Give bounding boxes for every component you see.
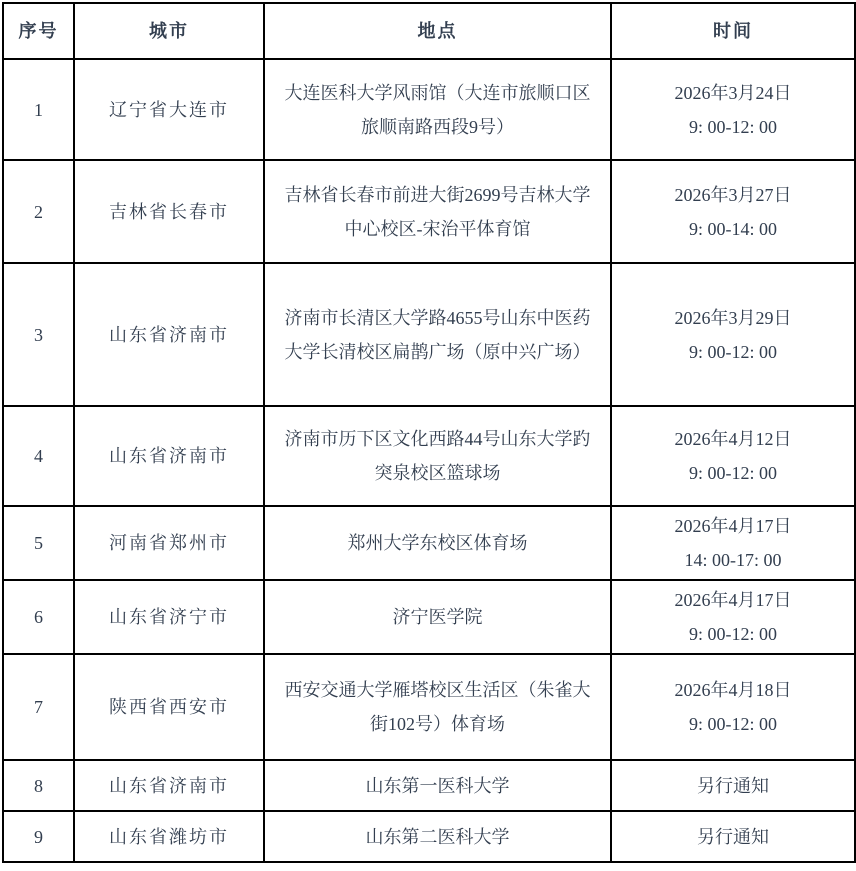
cell-index: 8 <box>3 760 74 811</box>
cell-location: 济南市长清区大学路4655号山东中医药 大学长清校区扁鹊广场（原中兴广场） <box>264 263 611 406</box>
cell-city: 河南省郑州市 <box>74 506 264 580</box>
table-header-row: 序号 城市 地点 时间 <box>3 3 855 59</box>
column-header-time: 时间 <box>611 3 855 59</box>
cell-location: 吉林省长春市前进大街2699号吉林大学 中心校区-宋治平体育馆 <box>264 160 611 263</box>
cell-time: 另行通知 <box>611 760 855 811</box>
cell-location: 济宁医学院 <box>264 580 611 654</box>
column-header-index: 序号 <box>3 3 74 59</box>
cell-time: 2026年4月18日 9: 00-12: 00 <box>611 654 855 760</box>
cell-location: 郑州大学东校区体育场 <box>264 506 611 580</box>
table-row: 8 山东省济南市 山东第一医科大学 另行通知 <box>3 760 855 811</box>
cell-city: 山东省潍坊市 <box>74 811 264 862</box>
cell-location: 西安交通大学雁塔校区生活区（朱雀大 街102号）体育场 <box>264 654 611 760</box>
table-row: 9 山东省潍坊市 山东第二医科大学 另行通知 <box>3 811 855 862</box>
cell-location: 大连医科大学风雨馆（大连市旅顺口区 旅顺南路西段9号） <box>264 59 611 160</box>
cell-city: 吉林省长春市 <box>74 160 264 263</box>
cell-time: 2026年3月29日 9: 00-12: 00 <box>611 263 855 406</box>
cell-time: 2026年3月27日 9: 00-14: 00 <box>611 160 855 263</box>
cell-index: 7 <box>3 654 74 760</box>
cell-index: 6 <box>3 580 74 654</box>
column-header-location: 地点 <box>264 3 611 59</box>
cell-index: 2 <box>3 160 74 263</box>
document-page: 序号 城市 地点 时间 1 辽宁省大连市 大连医科大学风雨馆（大连市旅顺口区 旅… <box>0 2 856 871</box>
cell-time: 2026年3月24日 9: 00-12: 00 <box>611 59 855 160</box>
table-row: 3 山东省济南市 济南市长清区大学路4655号山东中医药 大学长清校区扁鹊广场（… <box>3 263 855 406</box>
cell-time: 2026年4月17日 9: 00-12: 00 <box>611 580 855 654</box>
table-row: 6 山东省济宁市 济宁医学院 2026年4月17日 9: 00-12: 00 <box>3 580 855 654</box>
table-row: 4 山东省济南市 济南市历下区文化西路44号山东大学趵 突泉校区篮球场 2026… <box>3 406 855 506</box>
cell-location: 山东第二医科大学 <box>264 811 611 862</box>
cell-index: 3 <box>3 263 74 406</box>
cell-time: 另行通知 <box>611 811 855 862</box>
cell-location: 山东第一医科大学 <box>264 760 611 811</box>
table-row: 2 吉林省长春市 吉林省长春市前进大街2699号吉林大学 中心校区-宋治平体育馆… <box>3 160 855 263</box>
cell-location: 济南市历下区文化西路44号山东大学趵 突泉校区篮球场 <box>264 406 611 506</box>
cell-city: 山东省济南市 <box>74 760 264 811</box>
cell-city: 山东省济宁市 <box>74 580 264 654</box>
cell-city: 陕西省西安市 <box>74 654 264 760</box>
cell-time: 2026年4月12日 9: 00-12: 00 <box>611 406 855 506</box>
table-row: 1 辽宁省大连市 大连医科大学风雨馆（大连市旅顺口区 旅顺南路西段9号） 202… <box>3 59 855 160</box>
exam-schedule-table: 序号 城市 地点 时间 1 辽宁省大连市 大连医科大学风雨馆（大连市旅顺口区 旅… <box>2 2 856 863</box>
cell-city: 山东省济南市 <box>74 263 264 406</box>
table-row: 5 河南省郑州市 郑州大学东校区体育场 2026年4月17日 14: 00-17… <box>3 506 855 580</box>
table-row: 7 陕西省西安市 西安交通大学雁塔校区生活区（朱雀大 街102号）体育场 202… <box>3 654 855 760</box>
cell-index: 9 <box>3 811 74 862</box>
cell-time: 2026年4月17日 14: 00-17: 00 <box>611 506 855 580</box>
cell-city: 辽宁省大连市 <box>74 59 264 160</box>
cell-city: 山东省济南市 <box>74 406 264 506</box>
cell-index: 4 <box>3 406 74 506</box>
column-header-city: 城市 <box>74 3 264 59</box>
cell-index: 5 <box>3 506 74 580</box>
cell-index: 1 <box>3 59 74 160</box>
